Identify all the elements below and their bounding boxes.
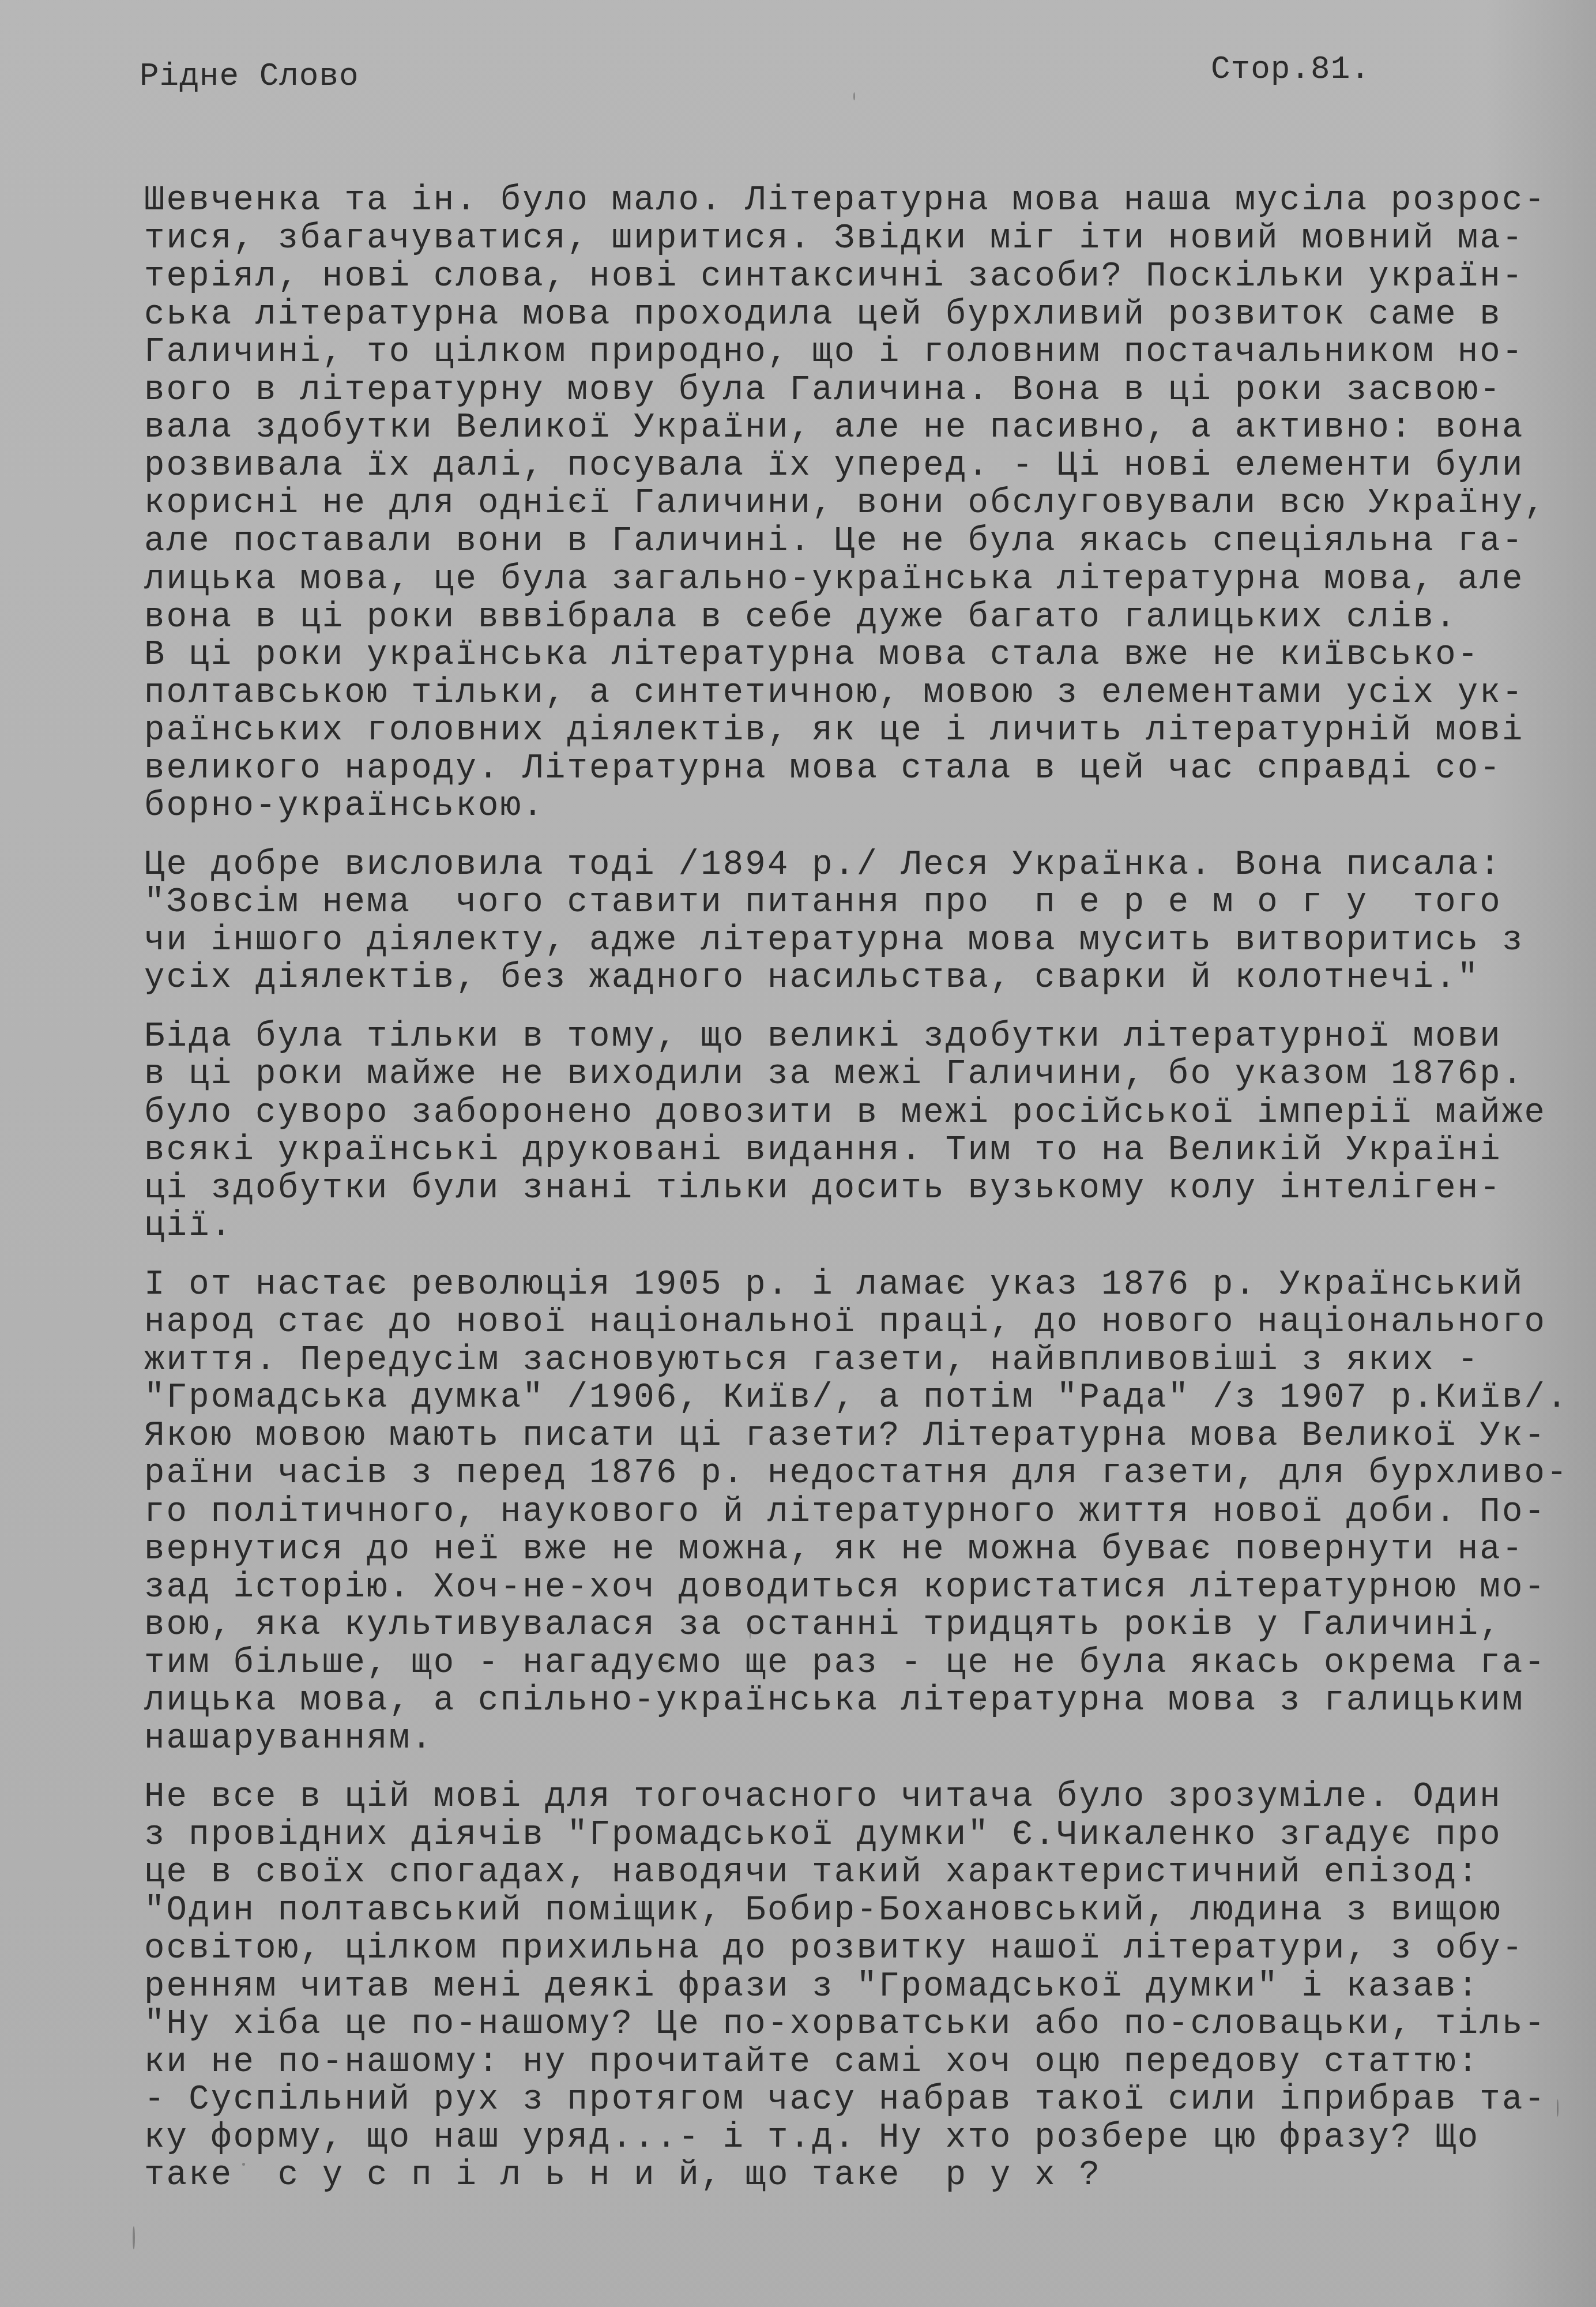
text-line: - Суспільний рух з протягом часу набрав … [144, 2081, 1574, 2119]
text-line: розвивала їх далі, посувала їх уперед. -… [144, 446, 1574, 484]
text-line: народ стає до нової національної праці, … [144, 1303, 1574, 1342]
text-line: теріял, нові слова, нові синтаксичні зас… [144, 257, 1574, 295]
text-line: Біда була тільки в тому, що великі здобу… [144, 1018, 1574, 1056]
text-line: Не все в цій мові для тогочасного читача… [144, 1778, 1574, 1816]
text-line: тим більше, що - нагадуємо ще раз - це н… [144, 1644, 1574, 1682]
text-line: вернутися до неї вже не можна, як не мож… [144, 1530, 1574, 1568]
text-line: освітою, цілком прихильна до розвитку на… [144, 1929, 1574, 1967]
text-line: ська літературна мова проходила цей бурх… [144, 295, 1574, 333]
text-line: го політичного, наукового й літературног… [144, 1493, 1574, 1531]
text-line: "Один полтавський поміщик, Бобир-Боханов… [144, 1892, 1574, 1930]
text-line: ці здобутки були знані тільки досить вуз… [144, 1169, 1574, 1207]
text-line: Шевченка та ін. було мало. Літературна м… [144, 182, 1574, 220]
text-line: полтавською тільки, а синтетичною, мовою… [144, 674, 1574, 712]
text-line: ки не по-нашому: ну прочитайте самі хоч … [144, 2043, 1574, 2081]
text-line: вого в літературну мову була Галичина. В… [144, 371, 1574, 409]
text-line: ренням читав мені деякі фрази з "Громадс… [144, 1967, 1574, 2005]
text-line: вона в ці роки вввібрала в себе дуже баг… [144, 598, 1574, 636]
text-line: "Зовсім нема чого ставити питання про п … [144, 884, 1574, 922]
text-line: В ці роки українська літературна мова ст… [144, 636, 1574, 674]
text-line: "Громадська думка" /1906, Київ/, а потім… [144, 1379, 1574, 1417]
page-number: Стор.81. [1211, 51, 1371, 88]
paragraph-2: Це добре висловила тоді /1894 р./ Леся У… [144, 846, 1574, 997]
text-line: борно-українською. [144, 787, 1574, 825]
text-line: але поставали вони в Галичині. Це не бул… [144, 523, 1574, 561]
body-text: Шевченка та ін. було мало. Літературна м… [144, 182, 1574, 2215]
text-line: "Ну хіба це по-нашому? Це по-хорватськи … [144, 2005, 1574, 2043]
paragraph-4: І от настає революція 1905 р. і ламає ук… [144, 1265, 1574, 1757]
text-line: з провідних діячів "Громадської думки" Є… [144, 1816, 1574, 1854]
text-line: раїни часів з перед 1876 р. недостатня д… [144, 1455, 1574, 1493]
text-line: Галичині, то цілком природно, що і голов… [144, 333, 1574, 371]
text-line: ку форму, що наш уряд...- і т.д. Ну хто … [144, 2118, 1574, 2156]
text-line: ції. [144, 1207, 1574, 1245]
text-line: І от настає революція 1905 р. і ламає ук… [144, 1265, 1574, 1303]
paper-speck [242, 2163, 245, 2166]
text-line: вала здобутки Великої України, але не па… [144, 409, 1574, 447]
typewritten-page: Рідне Слово Стор.81. Шевченка та ін. бул… [0, 0, 1596, 2307]
text-line: життя. Передусім засновуються газети, на… [144, 1341, 1574, 1379]
text-line: раїнських головних діялектів, як це і ли… [144, 712, 1574, 750]
text-line: зад історію. Хоч-не-хоч доводиться корис… [144, 1568, 1574, 1606]
text-line: нашаруванням. [144, 1719, 1574, 1757]
text-line: тися, збагачуватися, ширитися. Звідки мі… [144, 220, 1574, 258]
text-line: чи іншого діялекту, адже літературна мов… [144, 922, 1574, 960]
paper-speck [1557, 2099, 1559, 2117]
text-line: великого народу. Літературна мова стала … [144, 749, 1574, 787]
paper-speck [133, 2226, 135, 2249]
paragraph-5: Не все в цій мові для тогочасного читача… [144, 1778, 1574, 2195]
paper-speck [980, 1701, 981, 1712]
paper-speck [853, 92, 855, 100]
text-line: всякі українські друковані видання. Тим … [144, 1131, 1574, 1169]
text-line: усіх діялектів, без жадного насильства, … [144, 959, 1574, 997]
text-line: було суворо заборонено довозити в межі р… [144, 1094, 1574, 1132]
paragraph-3: Біда була тільки в тому, що великі здобу… [144, 1018, 1574, 1245]
text-line: таке с у с п і л ь н и й, що таке р у х … [144, 2156, 1574, 2195]
text-line: в ці роки майже не виходили за межі Гали… [144, 1055, 1574, 1094]
text-line: це в своїх спогадах, наводячи такий хара… [144, 1854, 1574, 1892]
text-line: корисні не для однієї Галичини, вони обс… [144, 484, 1574, 523]
text-line: Це добре висловила тоді /1894 р./ Леся У… [144, 846, 1574, 884]
text-line: лицька мова, це була загально-українська… [144, 560, 1574, 598]
text-line: Якою мовою мають писати ці газети? Літер… [144, 1416, 1574, 1455]
publication-title: Рідне Слово [140, 58, 359, 95]
paragraph-1: Шевченка та ін. було мало. Літературна м… [144, 182, 1574, 825]
text-line: лицька мова, а спільно-українська літера… [144, 1682, 1574, 1720]
text-line: вою, яка культивувалася за останні тридц… [144, 1606, 1574, 1644]
paper-speck [750, 1626, 751, 1639]
